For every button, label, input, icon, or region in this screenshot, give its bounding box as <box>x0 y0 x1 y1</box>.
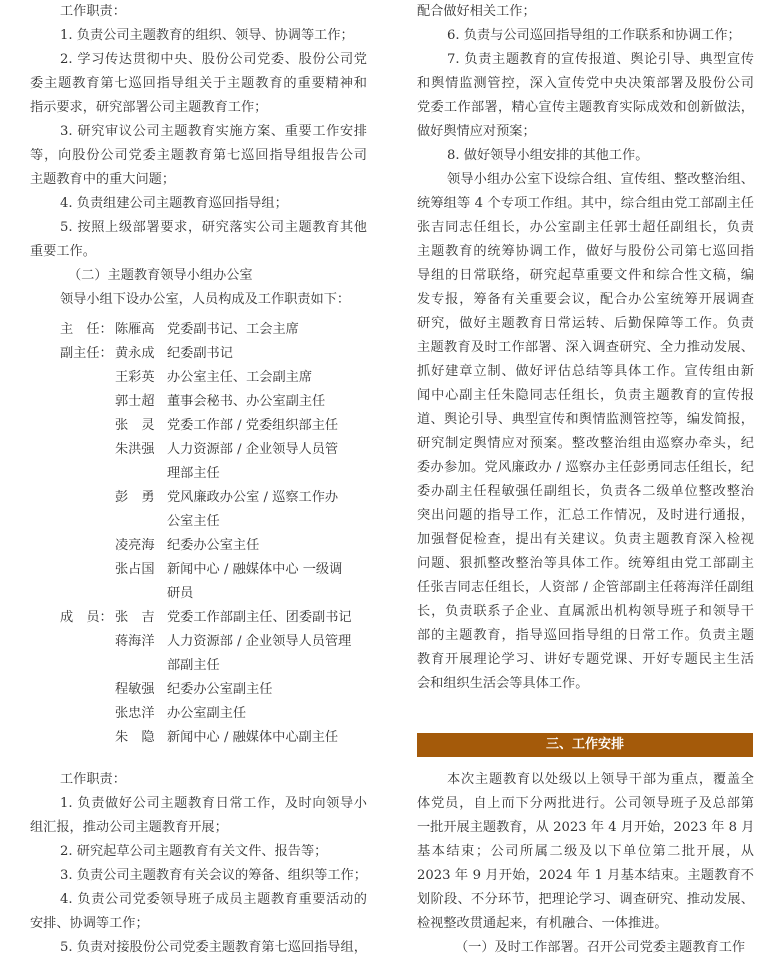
continuation-text: 配合做好相关工作； <box>417 0 754 24</box>
paragraph-line: 2023 年 9 月开始，2024 年 1 月基本结束。主题教育不 <box>417 864 754 888</box>
paragraph-line: 本次主题教育以处级以上领导干部为重点，覆盖全 <box>417 768 754 792</box>
duty-item-line: 重要工作。 <box>30 240 367 264</box>
member-row: 程敏强纪委办公室副主任 <box>30 678 367 702</box>
paragraph-line: 发专报，筹备有关重要会议，配合办公室统筹开展调查 <box>417 288 754 312</box>
member-title: 党委副书记、工会主席 <box>167 318 367 342</box>
paragraph-line: 研究制定舆情应对预案。整改整治组由巡察办牵头，纪 <box>417 432 754 456</box>
member-role <box>30 582 115 606</box>
member-title: 部副主任 <box>167 654 367 678</box>
duty-item-line: 1. 负责公司主题教育的组织、领导、协调等工作； <box>30 24 367 48</box>
member-title: 公室主任 <box>167 510 367 534</box>
member-row: 公室主任 <box>30 510 367 534</box>
subsection-title: （一）及时工作部署。召开公司党委主题教育工作 <box>417 936 754 960</box>
paragraph-line: 体党员，自上而下分两批进行。公司领导班子及总部第 <box>417 792 754 816</box>
arrangement-section: 本次主题教育以处级以上领导干部为重点，覆盖全体党员，自上而下分两批进行。公司领导… <box>417 768 754 960</box>
member-role <box>30 678 115 702</box>
member-row: 王彩英办公室主任、工会副主席 <box>30 366 367 390</box>
member-role <box>30 462 115 486</box>
paragraph-line: 一批开展主题教育，从 2023 年 4 月开始，2023 年 8 月 <box>417 816 754 840</box>
paragraph-line: 闻中心副主任朱隐同志任组长，负责主题教育的宣传报 <box>417 384 754 408</box>
duties-heading: 工作职责： <box>30 768 367 792</box>
member-title: 办公室副主任 <box>167 702 367 726</box>
office-duties-list: 1. 负责做好公司主题教育日常工作，及时向领导小组汇报，推动公司主题教育开展；2… <box>30 792 367 960</box>
duty-item-line: 2. 学习传达贯彻中央、股份公司党委、股份公司党 <box>30 48 367 72</box>
member-role: 主 任： <box>30 318 115 342</box>
paragraph-line: 委办副主任程敏强任副组长，负责各二级单位整改整治 <box>417 480 754 504</box>
duty-item-line: 组汇报，推动公司主题教育开展； <box>30 816 367 840</box>
member-name <box>115 462 167 486</box>
member-name: 朱洪强 <box>115 438 167 462</box>
member-row: 张忠洋办公室副主任 <box>30 702 367 726</box>
duty-item-line: 3. 负责公司主题教育有关会议的筹备、组织等工作； <box>30 864 367 888</box>
member-title: 董事会秘书、办公室副主任 <box>167 390 367 414</box>
member-title: 理部主任 <box>167 462 367 486</box>
member-title: 人力资源部 / 企业领导人员管理 <box>167 630 367 654</box>
duty-item-line: 等，向股份公司党委主题教育第七巡回指导组报告公司 <box>30 144 367 168</box>
member-name <box>115 654 167 678</box>
paragraph-line: 任张吉同志任组长，人资部 / 企管部副主任蒋海洋任副组 <box>417 576 754 600</box>
member-title: 纪委办公室主任 <box>167 534 367 558</box>
duty-item-line: 做好舆情应对预案； <box>417 120 754 144</box>
paragraph-line: 抓好建章立制、做好评估总结等具体工作。宣传组由新 <box>417 360 754 384</box>
member-role <box>30 510 115 534</box>
duty-item-line: 8. 做好领导小组安排的其他工作。 <box>417 144 754 168</box>
paragraph-line: 长，负责联系子企业、直属派出机构领导班子和领导干 <box>417 600 754 624</box>
paragraph-line: 突出问题的指导工作，汇总工作情况，及时进行通报， <box>417 504 754 528</box>
paragraph-line: 张吉同志任组长，办公室副主任郭士超任副组长，负责 <box>417 216 754 240</box>
member-name: 凌亮海 <box>115 534 167 558</box>
member-role <box>30 366 115 390</box>
member-name: 朱 隐 <box>115 726 167 750</box>
member-name: 张 灵 <box>115 414 167 438</box>
subsection-title: （二）主题教育领导小组办公室 <box>30 264 367 288</box>
member-name: 程敏强 <box>115 678 167 702</box>
paragraph-line: 划阶段、不分环节，把理论学习、调查研究、推动发展、 <box>417 888 754 912</box>
member-row: 张 灵党委工作部 / 党委组织部主任 <box>30 414 367 438</box>
paragraph-line: 主题教育的统筹协调工作，做好与股份公司第七巡回指 <box>417 240 754 264</box>
member-name <box>115 510 167 534</box>
duty-item-line: 4. 负责组建公司主题教育巡回指导组； <box>30 192 367 216</box>
member-row: 朱洪强人力资源部 / 企业领导人员管 <box>30 438 367 462</box>
member-name: 郭士超 <box>115 390 167 414</box>
paragraph-line: 加强督促检查，提出有关建议。负责主题教育深入检视 <box>417 528 754 552</box>
duty-item-line: 3. 研究审议公司主题教育实施方案、重要工作安排 <box>30 120 367 144</box>
paragraph-line: 道、舆论引导、典型宣传和舆情监测管控等，编发简报， <box>417 408 754 432</box>
member-name <box>115 582 167 606</box>
arrangement-paragraph: 本次主题教育以处级以上领导干部为重点，覆盖全体党员，自上而下分两批进行。公司领导… <box>417 768 754 936</box>
duty-item-line: 2. 研究起草公司主题教育有关文件、报告等； <box>30 840 367 864</box>
paragraph-line: 统筹组等 4 个专项工作组。其中，综合组由党工部副主任 <box>417 192 754 216</box>
paragraph-line: 研究，做好主题教育日常运转、后勤保障等工作。负责 <box>417 312 754 336</box>
member-title: 新闻中心 / 融媒体中心副主任 <box>167 726 367 750</box>
subsection-intro: 领导小组下设办公室，人员构成及工作职责如下： <box>30 288 367 312</box>
office-duties-list-continued: 6. 负责与公司巡回指导组的工作联系和协调工作；7. 负责主题教育的宣传报道、舆… <box>417 24 754 168</box>
member-row: 主 任：陈雁高党委副书记、工会主席 <box>30 318 367 342</box>
duty-item-line: 5. 负责对接股份公司党委主题教育第七巡回指导组， <box>30 936 367 960</box>
duty-item-line: 党委工作部署，精心宣传主题教育实际成效和创新做法， <box>417 96 754 120</box>
member-row: 理部主任 <box>30 462 367 486</box>
office-members-list: 主 任：陈雁高党委副书记、工会主席副主任：黄永成纪委副书记王彩英办公室主任、工会… <box>30 318 367 750</box>
member-name: 黄永成 <box>115 342 167 366</box>
duty-item-line: 安排、协调等工作； <box>30 912 367 936</box>
duty-item-line: 主题教育中的重大问题； <box>30 168 367 192</box>
member-role <box>30 486 115 510</box>
member-row: 研员 <box>30 582 367 606</box>
member-name: 蒋海洋 <box>115 630 167 654</box>
member-title: 纪委办公室副主任 <box>167 678 367 702</box>
member-name: 张忠洋 <box>115 702 167 726</box>
paragraph-line: 会和组织生活会等具体工作。 <box>417 672 754 696</box>
duties-heading: 工作职责： <box>30 0 367 24</box>
member-name: 陈雁高 <box>115 318 167 342</box>
member-title: 研员 <box>167 582 367 606</box>
member-title: 党委工作部 / 党委组织部主任 <box>167 414 367 438</box>
member-title: 人力资源部 / 企业领导人员管 <box>167 438 367 462</box>
member-title: 办公室主任、工会副主席 <box>167 366 367 390</box>
member-row: 部副主任 <box>30 654 367 678</box>
paragraph-line: 部的主题教育，指导巡回指导组的日常工作。负责主题 <box>417 624 754 648</box>
duty-item-line: 6. 负责与公司巡回指导组的工作联系和协调工作； <box>417 24 754 48</box>
member-role <box>30 726 115 750</box>
member-row: 蒋海洋人力资源部 / 企业领导人员管理 <box>30 630 367 654</box>
paragraph-line: 导组的日常联络，研究起草重要文件和综合性文稿，编 <box>417 264 754 288</box>
duty-item-line: 7. 负责主题教育的宣传报道、舆论引导、典型宣传 <box>417 48 754 72</box>
member-row: 张占国新闻中心 / 融媒体中心 一级调 <box>30 558 367 582</box>
member-title: 党委工作部副主任、团委副书记 <box>167 606 367 630</box>
member-title: 纪委副书记 <box>167 342 367 366</box>
paragraph-line: 教育开展理论学习、讲好专题党课、开好专题民主生活 <box>417 648 754 672</box>
member-role: 副主任： <box>30 342 115 366</box>
member-title: 党风廉政办公室 / 巡察工作办 <box>167 486 367 510</box>
member-row: 成 员：张 吉党委工作部副主任、团委副书记 <box>30 606 367 630</box>
paragraph-line: 领导小组办公室下设综合组、宣传组、整改整治组、 <box>417 168 754 192</box>
member-row: 凌亮海纪委办公室主任 <box>30 534 367 558</box>
member-role <box>30 438 115 462</box>
member-title: 新闻中心 / 融媒体中心 一级调 <box>167 558 367 582</box>
duty-item-line: 5. 按照上级部署要求，研究落实公司主题教育其他 <box>30 216 367 240</box>
member-role <box>30 534 115 558</box>
working-groups-paragraph: 领导小组办公室下设综合组、宣传组、整改整治组、统筹组等 4 个专项工作组。其中，… <box>417 168 754 696</box>
right-column: 配合做好相关工作； 6. 负责与公司巡回指导组的工作联系和协调工作；7. 负责主… <box>417 0 754 696</box>
member-row: 彭 勇党风廉政办公室 / 巡察工作办 <box>30 486 367 510</box>
duty-item-line: 4. 负责公司党委领导班子成员主题教育重要活动的 <box>30 888 367 912</box>
duty-item-line: 1. 负责做好公司主题教育日常工作，及时向领导小 <box>30 792 367 816</box>
member-role <box>30 390 115 414</box>
duty-item-line: 和舆情监测管控，深入宣传党中央决策部署及股份公司 <box>417 72 754 96</box>
paragraph-line: 问题、狠抓整改整治等具体工作。统筹组由党工部副主 <box>417 552 754 576</box>
member-name: 张 吉 <box>115 606 167 630</box>
left-column: 工作职责： 1. 负责公司主题教育的组织、领导、协调等工作；2. 学习传达贯彻中… <box>30 0 367 960</box>
member-name: 张占国 <box>115 558 167 582</box>
member-name: 彭 勇 <box>115 486 167 510</box>
paragraph-line: 委办参加。党风廉政办 / 巡察办主任彭勇同志任组长，纪 <box>417 456 754 480</box>
paragraph-line: 基本结束；公司所属二级及以下单位第二批开展，从 <box>417 840 754 864</box>
member-name: 王彩英 <box>115 366 167 390</box>
paragraph-line: 检视整改贯通起来，有机融合、一体推进。 <box>417 912 754 936</box>
member-role <box>30 654 115 678</box>
member-role <box>30 414 115 438</box>
member-role <box>30 702 115 726</box>
member-row: 郭士超董事会秘书、办公室副主任 <box>30 390 367 414</box>
duty-item-line: 委主题教育第七巡回指导组关于主题教育的重要精神和 <box>30 72 367 96</box>
member-role <box>30 558 115 582</box>
leading-group-duties-list: 1. 负责公司主题教育的组织、领导、协调等工作；2. 学习传达贯彻中央、股份公司… <box>30 24 367 264</box>
member-row: 副主任：黄永成纪委副书记 <box>30 342 367 366</box>
member-row: 朱 隐新闻中心 / 融媒体中心副主任 <box>30 726 367 750</box>
paragraph-line: 主题教育及时工作部署、深入调查研究、全力推动发展、 <box>417 336 754 360</box>
member-role <box>30 630 115 654</box>
section-header-work-arrangement: 三、工作安排 <box>417 733 753 757</box>
member-role: 成 员： <box>30 606 115 630</box>
spacer <box>30 750 367 768</box>
duty-item-line: 指示要求，研究部署公司主题教育工作； <box>30 96 367 120</box>
